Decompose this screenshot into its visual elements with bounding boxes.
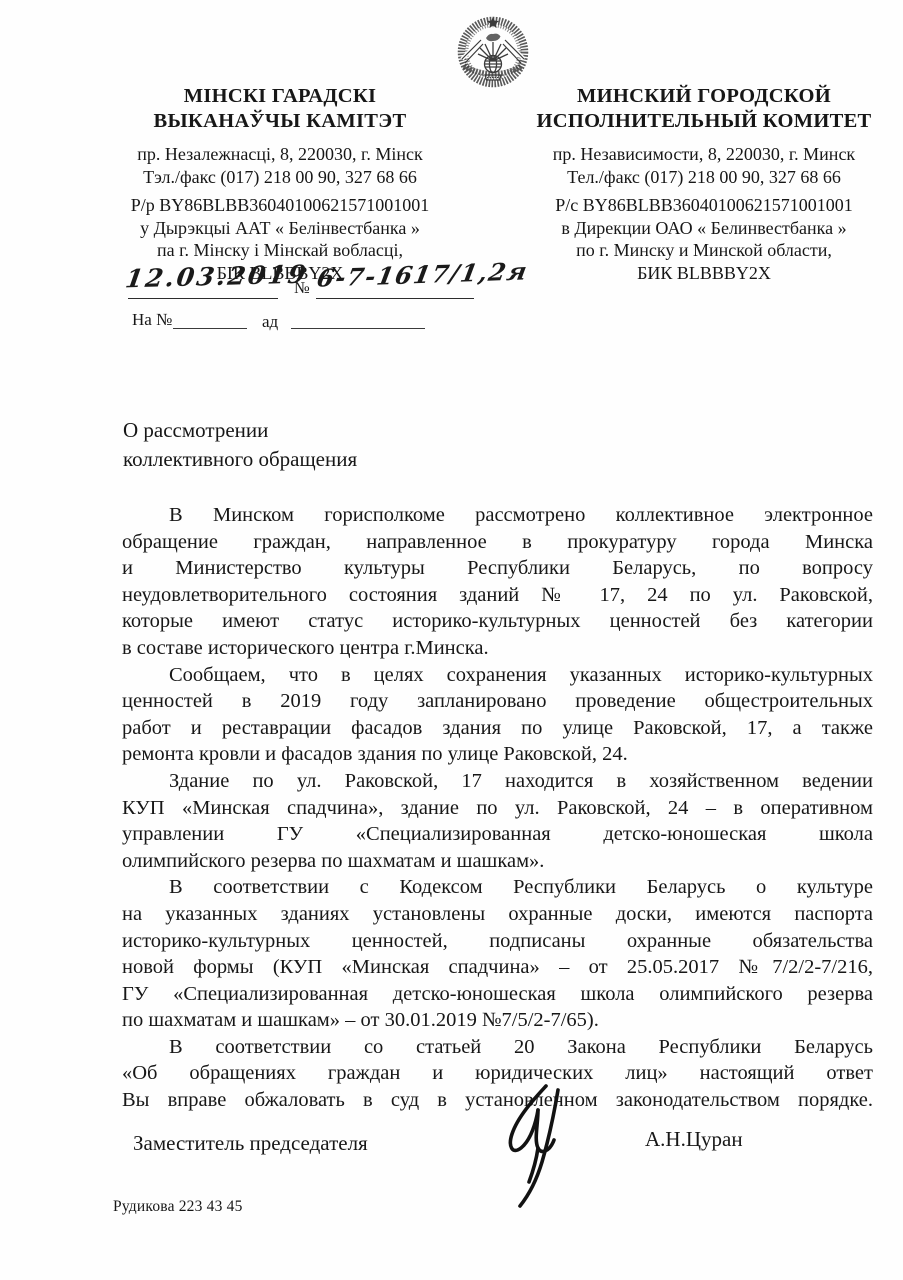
handwritten-signature-icon [492, 1080, 576, 1210]
bank-line2: по г. Минску и Минской области, [534, 239, 874, 262]
text-line: работ и реставрации фасадов здания по ул… [122, 715, 873, 742]
org-name-by-line2: ВЫКАНАЎЧЫ КАМІТЭТ [108, 109, 452, 134]
handwritten-date: 12.03.2019 [123, 260, 310, 294]
number-field: 6-7-1617/1,2я [316, 256, 474, 299]
paragraph: Здание по ул. Раковской, 17 находится в … [122, 768, 873, 874]
address-line: пр. Независимости, 8, 220030, г. Минск [534, 143, 874, 166]
handwritten-number: 6-7-1617/1,2я [315, 256, 531, 292]
letter-body: В Минском горисполкоме рассмотрено колле… [122, 502, 873, 1114]
subject-line2: коллективного обращения [123, 445, 357, 474]
text-line: по шахматам и шашкам» – от 30.01.2019 №7… [122, 1007, 873, 1034]
number-label: № [294, 278, 310, 298]
paragraph: Сообщаем, что в целях сохранения указанн… [122, 662, 873, 768]
text-line: ремонта кровли и фасадов здания по улице… [122, 741, 873, 768]
text-line: Сообщаем, что в целях сохранения указанн… [122, 662, 873, 689]
letterhead: МІНСКІ ГАРАДСКІ ВЫКАНАЎЧЫ КАМІТЭТ пр. Не… [0, 84, 903, 269]
text-line: В соответствии с Кодексом Республики Бел… [122, 874, 873, 901]
reply-number-field [173, 309, 247, 329]
text-line: в составе исторического центра г.Минска. [122, 635, 873, 662]
text-line: КУП «Минская спадчина», здание по ул. Ра… [122, 795, 873, 822]
signer-title: Заместитель председателя [133, 1131, 368, 1156]
address-ru: пр. Независимости, 8, 220030, г. Минск Т… [534, 143, 874, 188]
org-name-ru: МИНСКИЙ ГОРОДСКОЙ ИСПОЛНИТЕЛЬНЫЙ КОМИТЕТ [534, 84, 874, 134]
date-field: 12.03.2019 [128, 256, 278, 299]
bank-line1: в Дирекции ОАО « Белинвестбанка » [534, 217, 874, 240]
text-line: олимпийского резерва по шахматам и шашка… [122, 848, 873, 875]
subject-line1: О рассмотрении [123, 416, 357, 445]
text-line: ГУ «Специализированная детско-юношеская … [122, 981, 873, 1008]
letterhead-belarusian: МІНСКІ ГАРАДСКІ ВЫКАНАЎЧЫ КАМІТЭТ пр. Не… [108, 84, 452, 284]
text-line: В Минском горисполкоме рассмотрено колле… [122, 502, 873, 529]
date-number-row: 12.03.2019 № 6-7-1617/1,2я [128, 256, 568, 302]
text-line: управлении ГУ «Специализированная детско… [122, 821, 873, 848]
account-line: Р/с BY86BLBB36040100621571001001 [534, 194, 874, 217]
reply-label: На № [132, 310, 172, 330]
phone-line: Тэл./факс (017) 218 00 90, 327 68 66 [108, 166, 452, 189]
address-line: пр. Незалежнасці, 8, 220030, г. Мінск [108, 143, 452, 166]
text-line: неудовлетворительного состояния зданий №… [122, 582, 873, 609]
text-line: которые имеют статус историко-культурных… [122, 608, 873, 635]
text-line: обращение граждан, направленное в прокур… [122, 529, 873, 556]
text-line: Здание по ул. Раковской, 17 находится в … [122, 768, 873, 795]
text-line: историко-культурных ценностей, подписаны… [122, 928, 873, 955]
coat-of-arms-belarus-icon [454, 11, 532, 91]
address-by: пр. Незалежнасці, 8, 220030, г. Мінск Тэ… [108, 143, 452, 188]
org-name-by-line1: МІНСКІ ГАРАДСКІ [108, 84, 452, 109]
paragraph: В соответствии с Кодексом Республики Бел… [122, 874, 873, 1034]
text-line: новой формы (КУП «Минская спадчина» – от… [122, 954, 873, 981]
bic-line: БИК BLBBBY2X [534, 262, 874, 285]
reply-preposition: ад [262, 312, 278, 332]
text-line: и Министерство культуры Республики Белар… [122, 555, 873, 582]
phone-line: Тел./факс (017) 218 00 90, 327 68 66 [534, 166, 874, 189]
text-line: ценностей в 2019 году запланировано пров… [122, 688, 873, 715]
org-name-ru-line1: МИНСКИЙ ГОРОДСКОЙ [534, 84, 874, 109]
signer-name: А.Н.Цуран [645, 1127, 743, 1152]
reference-block: 12.03.2019 № 6-7-1617/1,2я На № ад [128, 256, 568, 335]
subject-block: О рассмотрении коллективного обращения [123, 416, 357, 474]
reply-date-field [291, 309, 425, 329]
text-line: на указанных зданиях установлены охранны… [122, 901, 873, 928]
account-line: Р/р BY86BLBB36040100621571001001 [108, 194, 452, 217]
org-name-ru-line2: ИСПОЛНИТЕЛЬНЫЙ КОМИТЕТ [534, 109, 874, 134]
executor-contact: Рудикова 223 43 45 [113, 1198, 243, 1216]
paragraph: В Минском горисполкоме рассмотрено колле… [122, 502, 873, 662]
text-line: В соответствии со статьей 20 Закона Респ… [122, 1034, 873, 1061]
org-name-by: МІНСКІ ГАРАДСКІ ВЫКАНАЎЧЫ КАМІТЭТ [108, 84, 452, 134]
letterhead-russian: МИНСКИЙ ГОРОДСКОЙ ИСПОЛНИТЕЛЬНЫЙ КОМИТЕТ… [534, 84, 874, 284]
bank-details-ru: Р/с BY86BLBB36040100621571001001 в Дирек… [534, 194, 874, 284]
bank-line1: у Дырэкцыі ААТ « Белінвестбанка » [108, 217, 452, 240]
reply-to-row: На № ад [128, 309, 568, 335]
scanned-letter-page: МІНСКІ ГАРАДСКІ ВЫКАНАЎЧЫ КАМІТЭТ пр. Не… [0, 0, 903, 1280]
